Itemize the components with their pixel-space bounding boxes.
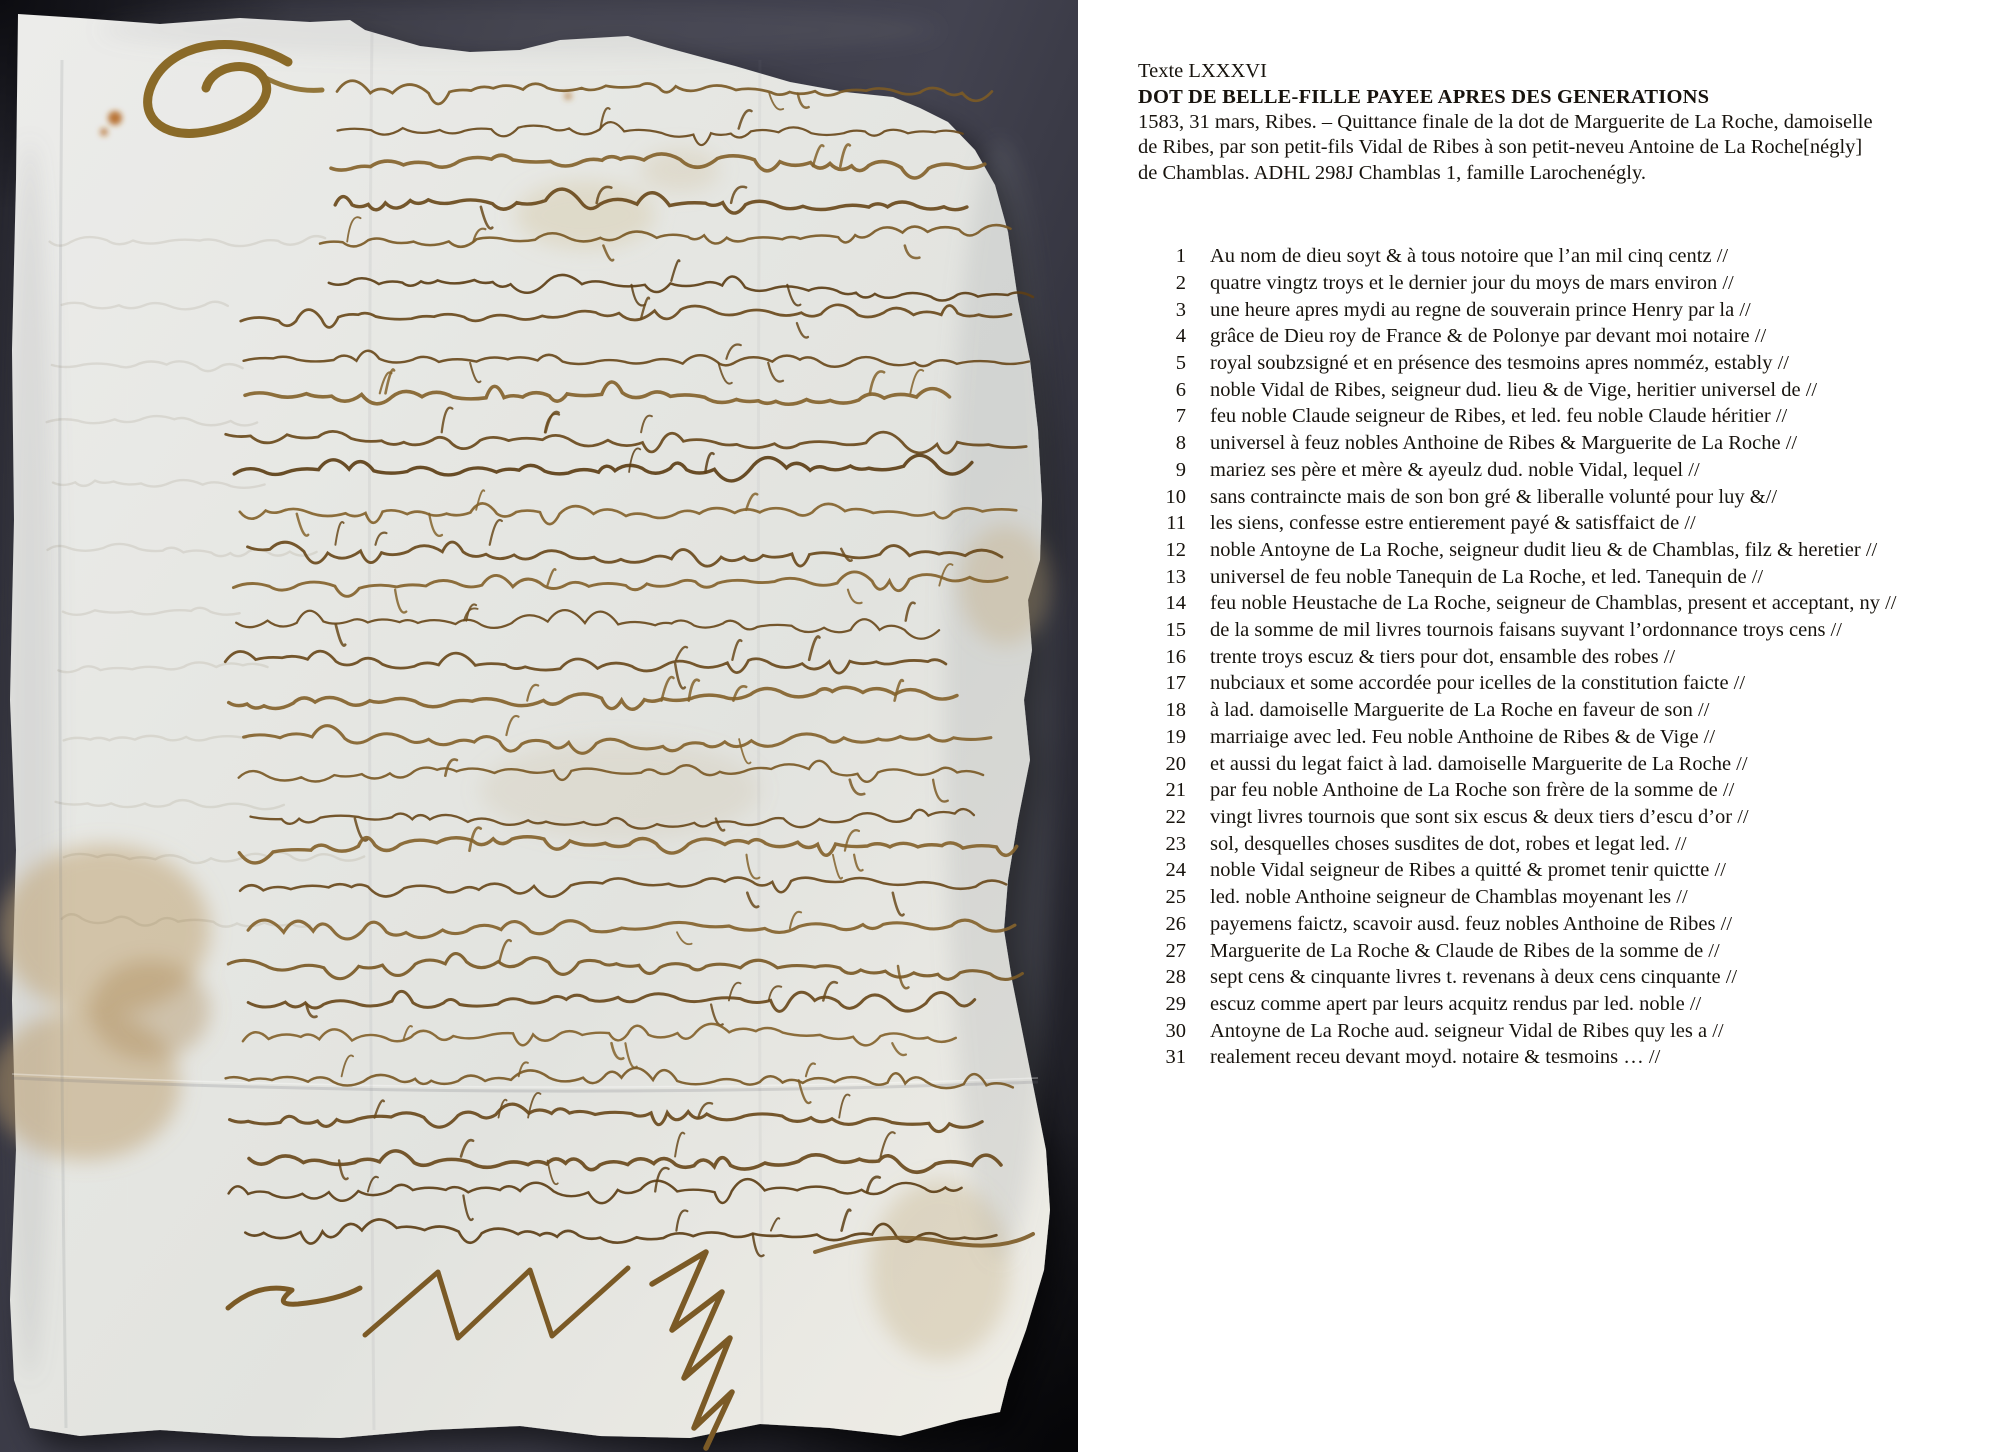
line-text: mariez ses père et mère & ayeulz dud. no… (1210, 457, 1700, 484)
line-text: marriaige avec led. Feu noble Anthoine d… (1210, 724, 1715, 751)
transcription-line: 15de la somme de mil livres tournois fai… (1138, 617, 1994, 644)
line-text: nubciaux et some accordée pour icelles d… (1210, 670, 1745, 697)
transcription-line: 14feu noble Heustache de La Roche, seign… (1138, 590, 1994, 617)
transcription-line: 6noble Vidal de Ribes, seigneur dud. lie… (1138, 377, 1994, 404)
transcription-line: 30Antoyne de La Roche aud. seigneur Vida… (1138, 1018, 1994, 1045)
transcription-line: 19marriaige avec led. Feu noble Anthoine… (1138, 724, 1994, 751)
line-text: noble Vidal seigneur de Ribes a quitté &… (1210, 857, 1726, 884)
transcription-line: 8universel à feuz nobles Anthoine de Rib… (1138, 430, 1994, 457)
line-number: 21 (1138, 777, 1186, 804)
line-number: 25 (1138, 884, 1186, 911)
line-number: 6 (1138, 377, 1186, 404)
transcription-line: 26payemens faictz, scavoir ausd. feuz no… (1138, 911, 1994, 938)
paper-sheet (0, 4, 1055, 1438)
line-text: noble Vidal de Ribes, seigneur dud. lieu… (1210, 377, 1817, 404)
manuscript-photo (0, 0, 1078, 1452)
transcription-line: 10sans contraincte mais de son bon gré &… (1138, 484, 1994, 511)
line-text: payemens faictz, scavoir ausd. feuz nobl… (1210, 911, 1732, 938)
line-number: 19 (1138, 724, 1186, 751)
line-number: 18 (1138, 697, 1186, 724)
line-number: 2 (1138, 270, 1186, 297)
transcription-line: 1Au nom de dieu soyt & à tous notoire qu… (1138, 243, 1994, 270)
transcription-line: 4grâce de Dieu roy de France & de Polony… (1138, 323, 1994, 350)
line-number: 10 (1138, 484, 1186, 511)
line-text: realement receu devant moyd. notaire & t… (1210, 1044, 1660, 1071)
line-number: 28 (1138, 964, 1186, 991)
line-number: 9 (1138, 457, 1186, 484)
line-text: sans contraincte mais de son bon gré & l… (1210, 484, 1777, 511)
line-number: 14 (1138, 590, 1186, 617)
line-number: 12 (1138, 537, 1186, 564)
line-text: sept cens & cinquante livres t. revenans… (1210, 964, 1737, 991)
line-number: 24 (1138, 857, 1186, 884)
line-number: 16 (1138, 644, 1186, 671)
transcription-line: 21par feu noble Anthoine de La Roche son… (1138, 777, 1994, 804)
summary-line: 1583, 31 mars, Ribes. – Quittance finale… (1138, 110, 1994, 135)
book-page: Texte LXXXVI DOT DE BELLE-FILLE PAYEE AP… (0, 0, 2000, 1452)
summary-line: de Ribes, par son petit-fils Vidal de Ri… (1138, 135, 1994, 160)
line-number: 5 (1138, 350, 1186, 377)
line-text: royal soubzsigné et en présence des tesm… (1210, 350, 1789, 377)
line-text: Marguerite de La Roche & Claude de Ribes… (1210, 938, 1720, 965)
line-text: noble Antoyne de La Roche, seigneur dudi… (1210, 537, 1877, 564)
line-number: 7 (1138, 403, 1186, 430)
line-number: 29 (1138, 991, 1186, 1018)
transcription-line: 22vingt livres tournois que sont six esc… (1138, 804, 1994, 831)
transcription-line: 3une heure apres mydi au regne de souver… (1138, 297, 1994, 324)
line-number: 4 (1138, 323, 1186, 350)
transcription-line: 27Marguerite de La Roche & Claude de Rib… (1138, 938, 1994, 965)
transcription-line: 7feu noble Claude seigneur de Ribes, et … (1138, 403, 1994, 430)
line-text: vingt livres tournois que sont six escus… (1210, 804, 1749, 831)
line-text: et aussi du legat faict à lad. damoisell… (1210, 751, 1748, 778)
texte-number: Texte LXXXVI (1138, 58, 1994, 84)
transcription-line: 18à lad. damoiselle Marguerite de La Roc… (1138, 697, 1994, 724)
line-number: 22 (1138, 804, 1186, 831)
line-text: grâce de Dieu roy de France & de Polonye… (1210, 323, 1766, 350)
line-text: escuz comme apert par leurs acquitz rend… (1210, 991, 1701, 1018)
line-text: universel à feuz nobles Anthoine de Ribe… (1210, 430, 1797, 457)
transcription-line: 24noble Vidal seigneur de Ribes a quitté… (1138, 857, 1994, 884)
document-summary: 1583, 31 mars, Ribes. – Quittance finale… (1138, 110, 1994, 186)
line-number: 8 (1138, 430, 1186, 457)
line-text: les siens, confesse estre entierement pa… (1210, 510, 1696, 537)
manuscript-image (0, 0, 1078, 1452)
transcription-line: 23sol, desquelles choses susdites de dot… (1138, 831, 1994, 858)
transcription-panel: Texte LXXXVI DOT DE BELLE-FILLE PAYEE AP… (1138, 58, 1994, 1071)
transcription-line: 31realement receu devant moyd. notaire &… (1138, 1044, 1994, 1071)
line-text: feu noble Claude seigneur de Ribes, et l… (1210, 403, 1787, 430)
transcription-line: 5royal soubzsigné et en présence des tes… (1138, 350, 1994, 377)
line-number: 11 (1138, 510, 1186, 537)
line-number: 26 (1138, 911, 1186, 938)
line-text: une heure apres mydi au regne de souvera… (1210, 297, 1751, 324)
line-text: Antoyne de La Roche aud. seigneur Vidal … (1210, 1018, 1724, 1045)
line-number: 1 (1138, 243, 1186, 270)
line-number: 15 (1138, 617, 1186, 644)
line-number: 30 (1138, 1018, 1186, 1045)
transcription-line: 16trente troys escuz & tiers pour dot, e… (1138, 644, 1994, 671)
line-number: 3 (1138, 297, 1186, 324)
line-number: 27 (1138, 938, 1186, 965)
transcription-line: 28sept cens & cinquante livres t. revena… (1138, 964, 1994, 991)
line-number: 13 (1138, 564, 1186, 591)
transcription-line: 17nubciaux et some accordée pour icelles… (1138, 670, 1994, 697)
transcription-line: 25led. noble Anthoine seigneur de Chambl… (1138, 884, 1994, 911)
line-text: par feu noble Anthoine de La Roche son f… (1210, 777, 1734, 804)
transcription-line: 9mariez ses père et mère & ayeulz dud. n… (1138, 457, 1994, 484)
line-number: 20 (1138, 751, 1186, 778)
line-text: à lad. damoiselle Marguerite de La Roche… (1210, 697, 1709, 724)
line-text: quatre vingtz troys et le dernier jour d… (1210, 270, 1734, 297)
line-number: 31 (1138, 1044, 1186, 1071)
transcription-line: 12noble Antoyne de La Roche, seigneur du… (1138, 537, 1994, 564)
document-title: DOT DE BELLE-FILLE PAYEE APRES DES GENER… (1138, 84, 1994, 110)
line-text: led. noble Anthoine seigneur de Chamblas… (1210, 884, 1688, 911)
transcription-line: 13universel de feu noble Tanequin de La … (1138, 564, 1994, 591)
transcription-line: 2quatre vingtz troys et le dernier jour … (1138, 270, 1994, 297)
line-number: 23 (1138, 831, 1186, 858)
summary-line: de Chamblas. ADHL 298J Chamblas 1, famil… (1138, 161, 1994, 186)
line-text: sol, desquelles choses susdites de dot, … (1210, 831, 1687, 858)
line-text: trente troys escuz & tiers pour dot, ens… (1210, 644, 1675, 671)
transcription-line: 11les siens, confesse estre entierement … (1138, 510, 1994, 537)
line-text: de la somme de mil livres tournois faisa… (1210, 617, 1842, 644)
line-number: 17 (1138, 670, 1186, 697)
transcription-lines: 1Au nom de dieu soyt & à tous notoire qu… (1138, 243, 1994, 1071)
transcription-line: 20et aussi du legat faict à lad. damoise… (1138, 751, 1994, 778)
line-text: feu noble Heustache de La Roche, seigneu… (1210, 590, 1897, 617)
line-text: Au nom de dieu soyt & à tous notoire que… (1210, 243, 1728, 270)
line-text: universel de feu noble Tanequin de La Ro… (1210, 564, 1763, 591)
transcription-line: 29escuz comme apert par leurs acquitz re… (1138, 991, 1994, 1018)
